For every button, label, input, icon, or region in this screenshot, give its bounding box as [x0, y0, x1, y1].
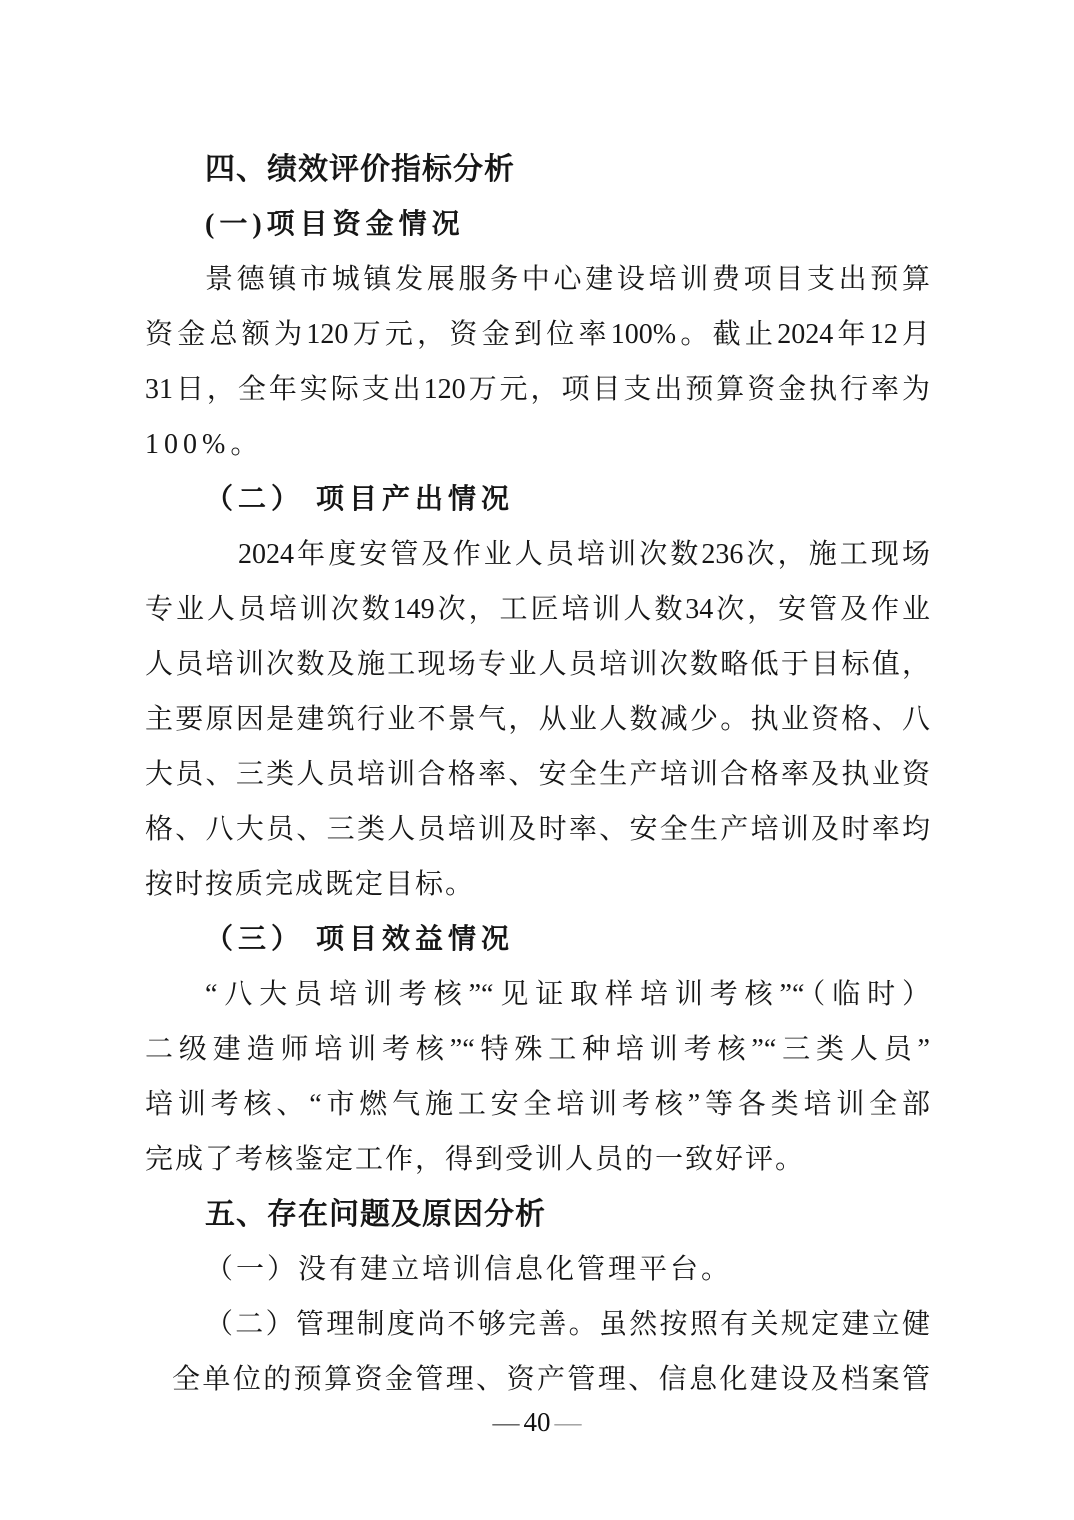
para-funding-line: 100%。	[145, 417, 930, 472]
para-output-line: 2024年度安管及作业人员培训次数236次，施工现场	[145, 527, 930, 582]
footer-dash-right: —	[555, 1407, 582, 1437]
section5-item2-line: （二）管理制度尚不够完善。虽然按照有关规定建立健	[145, 1297, 930, 1352]
para-funding-line: 资金总额为120万元，资金到位率100%。截止2024年12月	[145, 307, 930, 362]
document-page: 四、绩效评价指标分析 (一)项目资金情况 景德镇市城镇发展服务中心建设培训费项目…	[0, 0, 1074, 1520]
para-benefit-line: 完成了考核鉴定工作，得到受训人员的一致好评。	[145, 1132, 930, 1187]
para-output-line: 大员、三类人员培训合格率、安全生产培训合格率及执业资	[145, 747, 930, 802]
section4-sub3-title: （三） 项目效益情况	[145, 912, 930, 967]
section5-item1: （一）没有建立培训信息化管理平台。	[145, 1242, 930, 1297]
section4-sub1-title: (一)项目资金情况	[145, 197, 930, 252]
section4-heading: 四、绩效评价指标分析	[145, 142, 930, 197]
section5-heading: 五、存在问题及原因分析	[145, 1187, 930, 1242]
para-benefit-line: “八大员培训考核”“见证取样培训考核”“（临时）	[145, 967, 930, 1022]
footer-page-number: 40	[520, 1407, 555, 1437]
document-content: 四、绩效评价指标分析 (一)项目资金情况 景德镇市城镇发展服务中心建设培训费项目…	[145, 142, 930, 1407]
para-output-line: 专业人员培训次数149次，工匠培训人数34次，安管及作业	[145, 582, 930, 637]
para-output-line: 人员培训次数及施工现场专业人员培训次数略低于目标值，	[145, 637, 930, 692]
para-output-line: 主要原因是建筑行业不景气，从业人数减少。执业资格、八	[145, 692, 930, 747]
page-footer: —40—	[0, 1400, 1074, 1445]
footer-dash-left: —	[493, 1407, 520, 1437]
para-output-line: 按时按质完成既定目标。	[145, 857, 930, 912]
para-funding-line: 31日，全年实际支出120万元，项目支出预算资金执行率为	[145, 362, 930, 417]
section4-sub2-title: （二） 项目产出情况	[145, 472, 930, 527]
para-benefit-line: 培训考核、“市燃气施工安全培训考核”等各类培训全部	[145, 1077, 930, 1132]
para-output-line: 格、八大员、三类人员培训及时率、安全生产培训及时率均	[145, 802, 930, 857]
para-funding-line: 景德镇市城镇发展服务中心建设培训费项目支出预算	[145, 252, 930, 307]
section5-item2-line: 全单位的预算资金管理、资产管理、信息化建设及档案管	[145, 1352, 930, 1407]
para-benefit-line: 二级建造师培训考核”“特殊工种培训考核”“三类人员”	[145, 1022, 930, 1077]
